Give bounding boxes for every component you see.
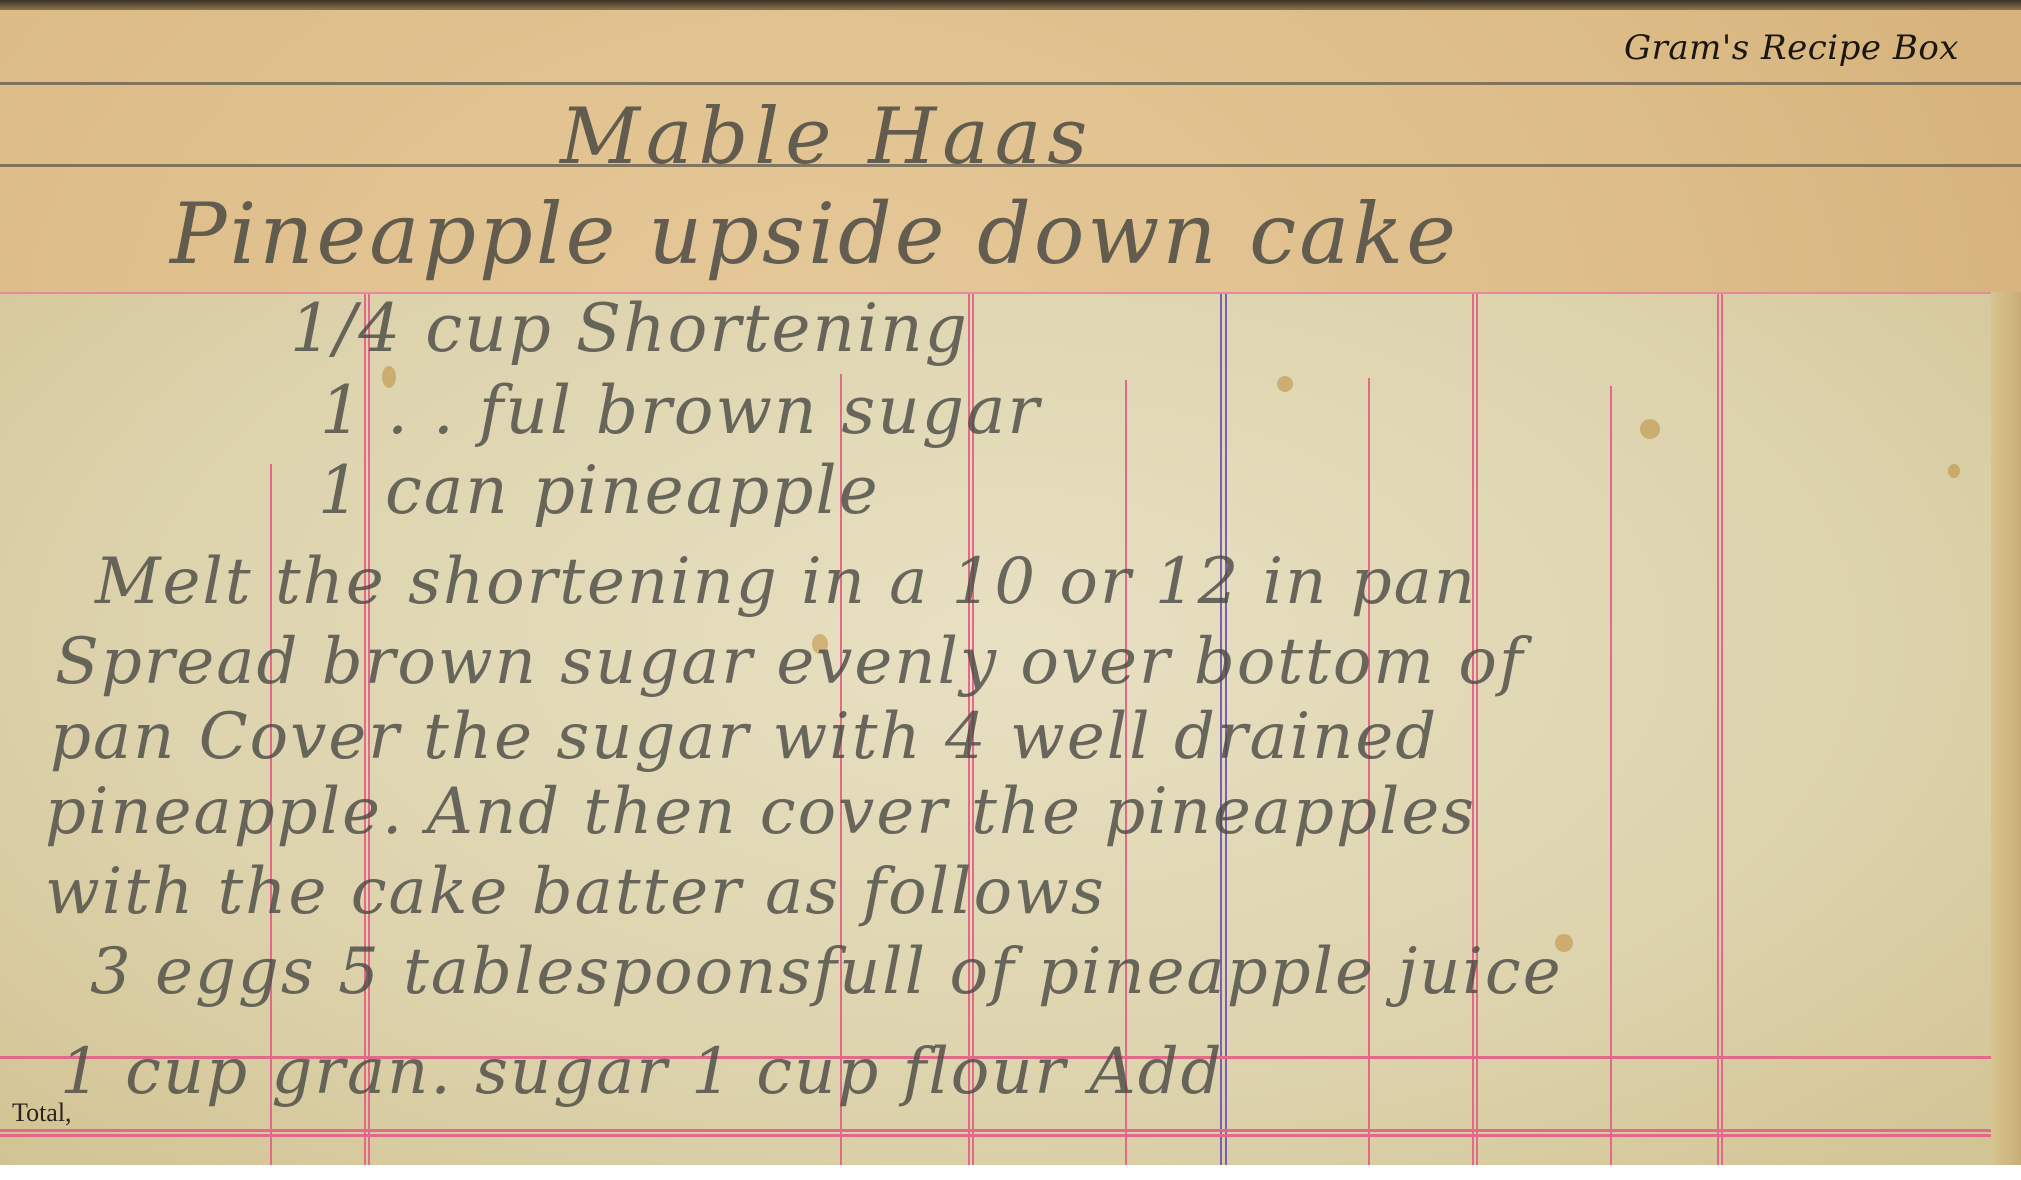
- recipe-card: Gram's Recipe Box Mable Haas Pineapple u…: [0, 0, 2021, 1165]
- total-label: Total,: [12, 1098, 72, 1128]
- method-line: pineapple. And then cover the pineapples: [45, 775, 1476, 849]
- ledger-column-rule: [1717, 294, 1723, 1165]
- ingredient-line: 1/4 cup Shortening: [290, 290, 969, 367]
- ledger-column-rule: [1610, 386, 1612, 1165]
- method-line: 3 eggs 5 tablespoonsfull of pineapple ju…: [90, 935, 1563, 1009]
- stain: [1277, 376, 1293, 392]
- ledger-column-rule: [1472, 294, 1478, 1165]
- method-line: with the cake batter as follows: [45, 855, 1106, 929]
- stain: [1640, 419, 1660, 439]
- stain: [1948, 464, 1960, 478]
- recipe-title: Pineapple upside down cake: [170, 185, 1459, 283]
- method-line: 1 cup gran. sugar 1 cup flour Add: [60, 1035, 1224, 1109]
- card-top-edge: [0, 0, 2021, 10]
- method-line: pan Cover the sugar with 4 well drained: [50, 700, 1438, 774]
- ledger-total-rule: [0, 1129, 2000, 1137]
- ingredient-line: 1 . . ful brown sugar: [320, 372, 1041, 449]
- card-rule-line: [0, 82, 2021, 85]
- card-torn-edge: [1991, 292, 2021, 1165]
- ingredient-line: 1 can pineapple: [318, 452, 880, 529]
- method-line: Melt the shortening in a 10 or 12 in pan: [95, 545, 1477, 619]
- method-line: Spread brown sugar evenly over bottom of: [55, 625, 1525, 699]
- brand-watermark: Gram's Recipe Box: [1624, 28, 1959, 68]
- recipe-author: Mable Haas: [560, 92, 1093, 182]
